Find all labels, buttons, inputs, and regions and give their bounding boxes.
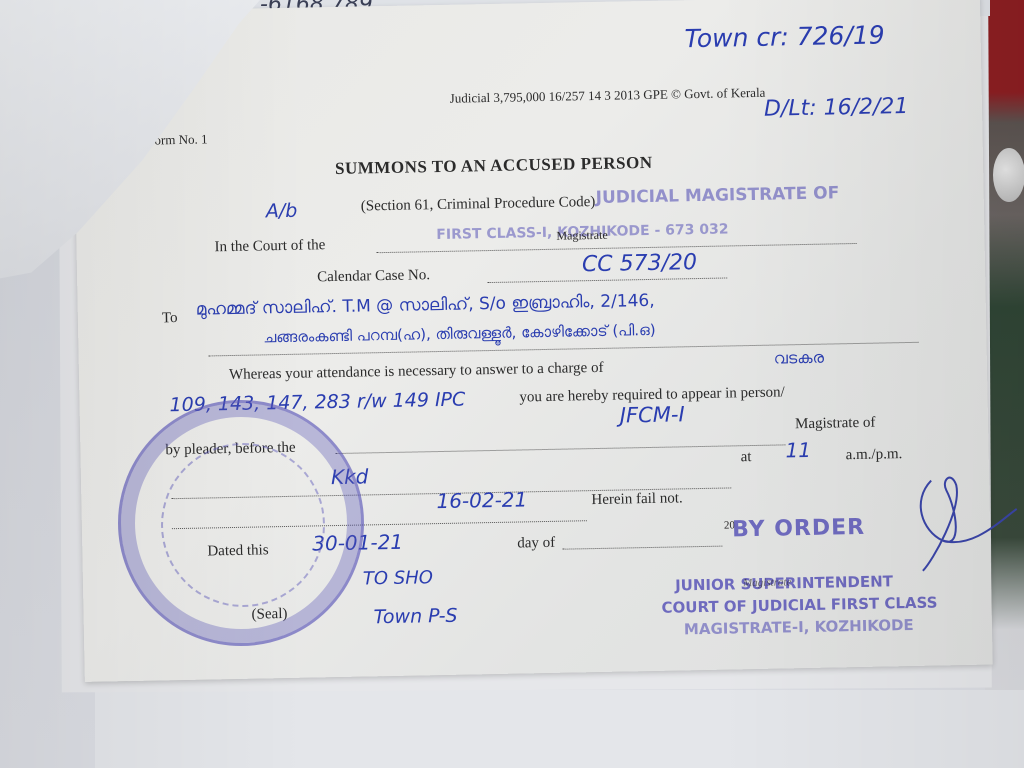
charge-place: വടകര xyxy=(774,348,825,369)
am-pm-label: a.m./p.m. xyxy=(845,446,902,464)
time-value: 11 xyxy=(785,438,811,462)
magistrate-of-label: Magistrate of xyxy=(795,415,876,434)
court-label: In the Court of the xyxy=(214,237,325,256)
recipient-note-line1: TO SHO xyxy=(363,567,433,589)
by-order-stamp: BY ORDER xyxy=(732,515,865,543)
court-stamp-line1: JUDICIAL MAGISTRATE OF xyxy=(595,183,839,208)
margin-note: A/b xyxy=(266,200,298,223)
herein-fail-not: Herein fail not. xyxy=(591,490,683,509)
order-stamp-line2: COURT OF JUDICIAL FIRST CLASS xyxy=(661,593,937,616)
form-number: orm No. 1 xyxy=(154,131,207,148)
section-reference: (Section 61, Criminal Procedure Code) xyxy=(361,194,596,215)
court-seal-inner-ring xyxy=(161,443,325,607)
print-reference-line: Judicial 3,795,000 16/257 14 3 2013 GPE … xyxy=(450,85,766,107)
signature-mark xyxy=(901,469,1023,581)
under-sheet xyxy=(95,690,1024,768)
charge-text: Whereas your attendance is necessary to … xyxy=(229,360,604,384)
to-label: To xyxy=(162,310,178,327)
order-printed-under: Magistrate xyxy=(743,576,792,589)
calendar-case-value: CC 573/20 xyxy=(582,250,698,277)
magistrate-value: JFCM-I xyxy=(620,402,685,427)
town-cr-annotation: Town cr: 726/19 xyxy=(684,20,885,53)
calendar-case-label: Calendar Case No. xyxy=(317,267,430,286)
due-date-annotation: D/Lt: 16/2/21 xyxy=(764,94,909,122)
at-label: at xyxy=(741,449,752,466)
coat-button xyxy=(993,148,1024,202)
day-of-dotted-line xyxy=(562,534,722,550)
order-stamp-line3: MAGISTRATE-I, KOZHIKODE xyxy=(684,616,914,638)
recipient-note-line2: Town P-S xyxy=(373,605,457,629)
addressee-line1: മുഹമ്മദ് സാലിഹ്. T.M @ സാലിഹ്, S/o ഇബ്രാ… xyxy=(196,291,655,320)
court-seal xyxy=(118,400,364,646)
day-of-label: day of xyxy=(517,535,555,553)
court-printed-suffix: Magistrate xyxy=(556,228,608,244)
document-title: SUMMONS TO AN ACCUSED PERSON xyxy=(335,153,653,179)
pleader-dotted-line xyxy=(335,430,785,454)
